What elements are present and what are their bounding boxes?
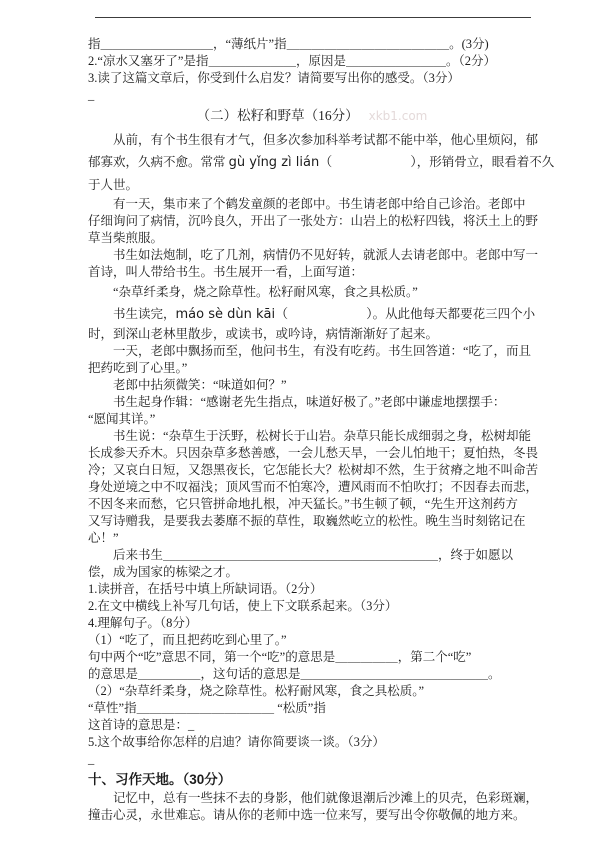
poem-line: “杂草纤柔身，烧之除草性。松籽耐风寒，食之具松质。” bbox=[88, 281, 536, 303]
text-run: 冷；又哀白日短，又怨黑夜长，它怎能长大？松树却不然，生于贫瘠之地不叫命苦 bbox=[88, 463, 538, 477]
text-run: “杂草纤柔身，烧之除草性。松籽耐风寒，食之具松质。” bbox=[113, 285, 418, 299]
text-run: 这首诗的意思是：_ bbox=[88, 718, 194, 732]
text-run: 长成参天乔木。只因杂草多愁善感，一会儿愁天旱，一会儿怕地干；夏怕热，冬畏 bbox=[88, 446, 538, 460]
passage-line-pinyin: 书生读完，máo sè dùn kāi（ ）。从此他每天都要花三四个小 bbox=[88, 303, 536, 326]
text-run: 4.理解句子。（8分） bbox=[88, 616, 197, 630]
question-4-1-blank-a: 句中两个“吃”意思不同，第一个“吃”的意思是＿＿＿＿＿，第二个“吃” bbox=[88, 649, 536, 666]
text-run: 草当柴煎服。 bbox=[88, 231, 163, 245]
text-run: 书生读完， bbox=[113, 307, 176, 321]
text-run: 仔细询问了病情，沉吟良久，开出了一张处方：山岩上的松籽四钱，将沃土上的野 bbox=[88, 214, 538, 228]
question-1: 1.读拼音，在括号中填上所缺词语。（2分） bbox=[88, 581, 536, 598]
document-body: 指＿＿＿＿＿＿＿＿＿，“薄纸片”指＿＿＿＿＿＿＿＿＿＿＿＿＿。(3分)2.“凉水… bbox=[88, 36, 536, 824]
text-run: 书生说：“杂草生于沃野，松树长于山岩。杂草只能长成细弱之身，松树却能 bbox=[113, 429, 531, 443]
passage-line: 首诗，叫人带给书生。书生展开一看，上面写道： bbox=[88, 264, 536, 281]
text-run: “草性”指＿＿＿＿＿＿＿＿＿＿＿ “松质”指 bbox=[88, 701, 326, 715]
text-run: _ bbox=[88, 88, 94, 102]
text-run: 又写诗赠我，是要我去萎靡不振的草性，取巍然屹立的松性。晚生当时刻铭记在 bbox=[88, 514, 526, 528]
section-2-heading: （二）松籽和野草（16分） bbox=[197, 108, 359, 123]
passage-line: 草当柴煎服。 bbox=[88, 230, 536, 247]
passage-line: 长成参天乔木。只因杂草多愁善感，一会儿愁天旱，一会儿怕地干；夏怕热，冬畏 bbox=[88, 445, 536, 462]
text-run: 。从此他每天都要花三四个小 bbox=[373, 307, 536, 321]
exam-paper-page: 指＿＿＿＿＿＿＿＿＿，“薄纸片”指＿＿＿＿＿＿＿＿＿＿＿＿＿。(3分)2.“凉水… bbox=[0, 0, 596, 842]
text-run: 一天，老郎中飘扬而至，他问书生，有没有吃药。书生回答道：“吃了，而且 bbox=[113, 344, 531, 358]
question-4-2-meaning: 这首诗的意思是：_ bbox=[88, 717, 536, 734]
section-2-heading-line: （二）松籽和野草（16分）xkb1.com bbox=[88, 106, 536, 126]
prev-question-3: 3.读了这篇文章后，你受到什么启发？请简要写出你的感受。（3分） bbox=[88, 70, 536, 87]
text-run: 于人世。 bbox=[88, 178, 138, 192]
passage-line: 身处逆境之中不叹福浅；顶风雪而不怕寒冷，遭风雨而不怕吹打；不因春去而悲， bbox=[88, 479, 536, 496]
passage-line: 把药吃到了心里。” bbox=[88, 360, 536, 377]
passage-line: 书生说：“杂草生于沃野，松树长于山岩。杂草只能长成细弱之身，松树却能 bbox=[88, 428, 536, 445]
text-run: 有一天，集市来了个鹤发童颜的老郎中。书生请老郎中给自己诊治。老郎中 bbox=[113, 197, 526, 211]
passage-line: 又写诗赠我，是要我去萎靡不振的草性，取巍然屹立的松性。晚生当时刻铭记在 bbox=[88, 513, 536, 530]
text-run: ，形销骨立，眼看着不久 bbox=[417, 155, 555, 169]
prev-question-2: 2.“凉水又塞牙了”是指＿＿＿＿＿＿＿，原因是＿＿＿＿＿＿＿＿。（2分） bbox=[88, 53, 536, 70]
watermark: xkb1.com bbox=[359, 109, 428, 123]
composition-prompt-line: 记忆中，总有一些抹不去的身影，他们就像退潮后沙滩上的贝壳，色彩斑斓， bbox=[88, 790, 536, 807]
passage-line: “愿闻其详。” bbox=[88, 411, 536, 428]
text-run: 书生如法炮制，吃了几剂，病情仍不见好转，就派人去请老郎中。老郎中写一 bbox=[113, 248, 538, 262]
text-run: 时，到深山老林里散步，或读书，或吟诗，病情渐渐好了起来。 bbox=[88, 327, 438, 341]
passage-line-pinyin: 郁寡欢，久病不愈。常常 gù yǐng zì lián（ ），形销骨立，眼看着不… bbox=[88, 151, 536, 174]
text-run: 首诗，叫人带给书生。书生展开一看，上面写道： bbox=[88, 265, 363, 279]
text-run: 3.读了这篇文章后，你受到什么启发？请简要写出你的感受。（3分） bbox=[88, 71, 460, 85]
question-5: 5.这个故事给你怎样的启迪？请你简要谈一谈。（3分） bbox=[88, 734, 536, 751]
passage-line: 一天，老郎中飘扬而至，他问书生，有没有吃药。书生回答道：“吃了，而且 bbox=[88, 343, 536, 360]
text-run: 十、习作天地。（30分） bbox=[88, 772, 231, 787]
passage-line: 时，到深山老林里散步，或读书，或吟诗，病情渐渐好了起来。 bbox=[88, 326, 536, 343]
question-4-2-blank: “草性”指＿＿＿＿＿＿＿＿＿＿＿ “松质”指 bbox=[88, 700, 536, 717]
answer-dash: _ bbox=[88, 87, 536, 104]
passage-line: 书生起身作辑：“感谢老先生指点，味道好极了。”老郎中谦虚地摆摆手： bbox=[88, 394, 536, 411]
text-run: 不因冬来而愁，它只管拼命地扎根，冲天猛长。”书生顿了顿，“先生开这剂药方 bbox=[88, 497, 518, 511]
text-run: 书生起身作辑：“感谢老先生指点，味道好极了。”老郎中谦虚地摆摆手： bbox=[113, 395, 505, 409]
text-run: 郁寡欢，久病不愈。常常 bbox=[88, 155, 229, 169]
passage-line: 偿，成为国家的栋梁之才。 bbox=[88, 564, 536, 581]
text-run: 从前，有个书生很有才气，但多次参加科举考试都不能中举，他心里烦闷，郁 bbox=[113, 133, 538, 147]
top-rule-divider bbox=[95, 17, 531, 18]
passage-line: 冷；又哀白日短，又怨黑夜长，它怎能长大？松树却不然，生于贫瘠之地不叫命苦 bbox=[88, 462, 536, 479]
pinyin-blank-2: máo sè dùn kāi（ ） bbox=[176, 307, 373, 322]
passage-line: 有一天，集市来了个鹤发童颜的老郎中。书生请老郎中给自己诊治。老郎中 bbox=[88, 196, 536, 213]
passage-line: 从前，有个书生很有才气，但多次参加科举考试都不能中举，他心里烦闷，郁 bbox=[88, 129, 536, 151]
text-run: “愿闻其详。” bbox=[88, 412, 155, 426]
answer-dash: _ bbox=[88, 751, 536, 768]
text-run: 指＿＿＿＿＿＿＿＿＿，“薄纸片”指＿＿＿＿＿＿＿＿＿＿＿＿＿。(3分) bbox=[88, 37, 489, 51]
text-run: 记忆中，总有一些抹不去的身影，他们就像退潮后沙滩上的贝壳，色彩斑斓， bbox=[113, 791, 538, 805]
passage-blank-line: 后来书生＿＿＿＿＿＿＿＿＿＿＿＿＿＿＿＿＿＿＿＿＿＿，终于如愿以 bbox=[88, 547, 536, 564]
question-4: 4.理解句子。（8分） bbox=[88, 615, 536, 632]
text-run: 心！” bbox=[88, 531, 119, 545]
text-run: 偿，成为国家的栋梁之才。 bbox=[88, 565, 238, 579]
question-4-1: （1）“吃了，而且把药吃到心里了。” bbox=[88, 632, 536, 649]
passage-line: 书生如法炮制，吃了几剂，病情仍不见好转，就派人去请老郎中。老郎中写一 bbox=[88, 247, 536, 264]
text-run: 身处逆境之中不叹福浅；顶风雪而不怕寒冷，遭风雨而不怕吹打；不因春去而悲， bbox=[88, 480, 538, 494]
text-run: 后来书生＿＿＿＿＿＿＿＿＿＿＿＿＿＿＿＿＿＿＿＿＿＿，终于如愿以 bbox=[113, 548, 513, 562]
text-run: 老郎中拈须微笑：“味道如何？” bbox=[113, 378, 287, 392]
text-run: _ bbox=[88, 752, 94, 766]
text-run: 2.“凉水又塞牙了”是指＿＿＿＿＿＿＿，原因是＿＿＿＿＿＿＿＿。（2分） bbox=[88, 54, 496, 68]
passage-line: 心！” bbox=[88, 530, 536, 547]
pinyin-blank-1: gù yǐng zì lián（ ） bbox=[229, 155, 417, 170]
question-4-2: （2）“杂草纤柔身，烧之除草性。松籽耐风寒，食之具松质。” bbox=[88, 683, 536, 700]
section-10-heading: 十、习作天地。（30分） bbox=[88, 770, 536, 790]
prev-question-blank-line: 指＿＿＿＿＿＿＿＿＿，“薄纸片”指＿＿＿＿＿＿＿＿＿＿＿＿＿。(3分) bbox=[88, 36, 536, 53]
text-run: 2.在文中横线上补写几句话，使上下文联系起来。（3分） bbox=[88, 599, 397, 613]
text-run: 撞击心灵，永世难忘。请从你的老师中选一位来写，要写出令你敬佩的地方来。 bbox=[88, 808, 526, 822]
text-run: （2）“杂草纤柔身，烧之除草性。松籽耐风寒，食之具松质。” bbox=[88, 684, 424, 698]
passage-line: 不因冬来而愁，它只管拼命地扎根，冲天猛长。”书生顿了顿，“先生开这剂药方 bbox=[88, 496, 536, 513]
passage-line: 仔细询问了病情，沉吟良久，开出了一张处方：山岩上的松籽四钱，将沃土上的野 bbox=[88, 213, 536, 230]
passage-line: 于人世。 bbox=[88, 174, 536, 196]
text-run: （1）“吃了，而且把药吃到心里了。” bbox=[88, 633, 287, 647]
text-run: 把药吃到了心里。” bbox=[88, 361, 187, 375]
text-run: 1.读拼音，在括号中填上所缺词语。（2分） bbox=[88, 582, 322, 596]
question-4-1-blank-b: 的意思是＿＿＿＿＿，这句话的意思是＿＿＿＿＿＿＿＿＿＿＿＿＿＿＿。 bbox=[88, 666, 536, 683]
text-run: 的意思是＿＿＿＿＿，这句话的意思是＿＿＿＿＿＿＿＿＿＿＿＿＿＿＿。 bbox=[88, 667, 501, 681]
passage-line: 老郎中拈须微笑：“味道如何？” bbox=[88, 377, 536, 394]
question-2: 2.在文中横线上补写几句话，使上下文联系起来。（3分） bbox=[88, 598, 536, 615]
text-run: 5.这个故事给你怎样的启迪？请你简要谈一谈。（3分） bbox=[88, 735, 385, 749]
composition-prompt-line: 撞击心灵，永世难忘。请从你的老师中选一位来写，要写出令你敬佩的地方来。 bbox=[88, 807, 536, 824]
text-run: 句中两个“吃”意思不同，第一个“吃”的意思是＿＿＿＿＿，第二个“吃” bbox=[88, 650, 471, 664]
